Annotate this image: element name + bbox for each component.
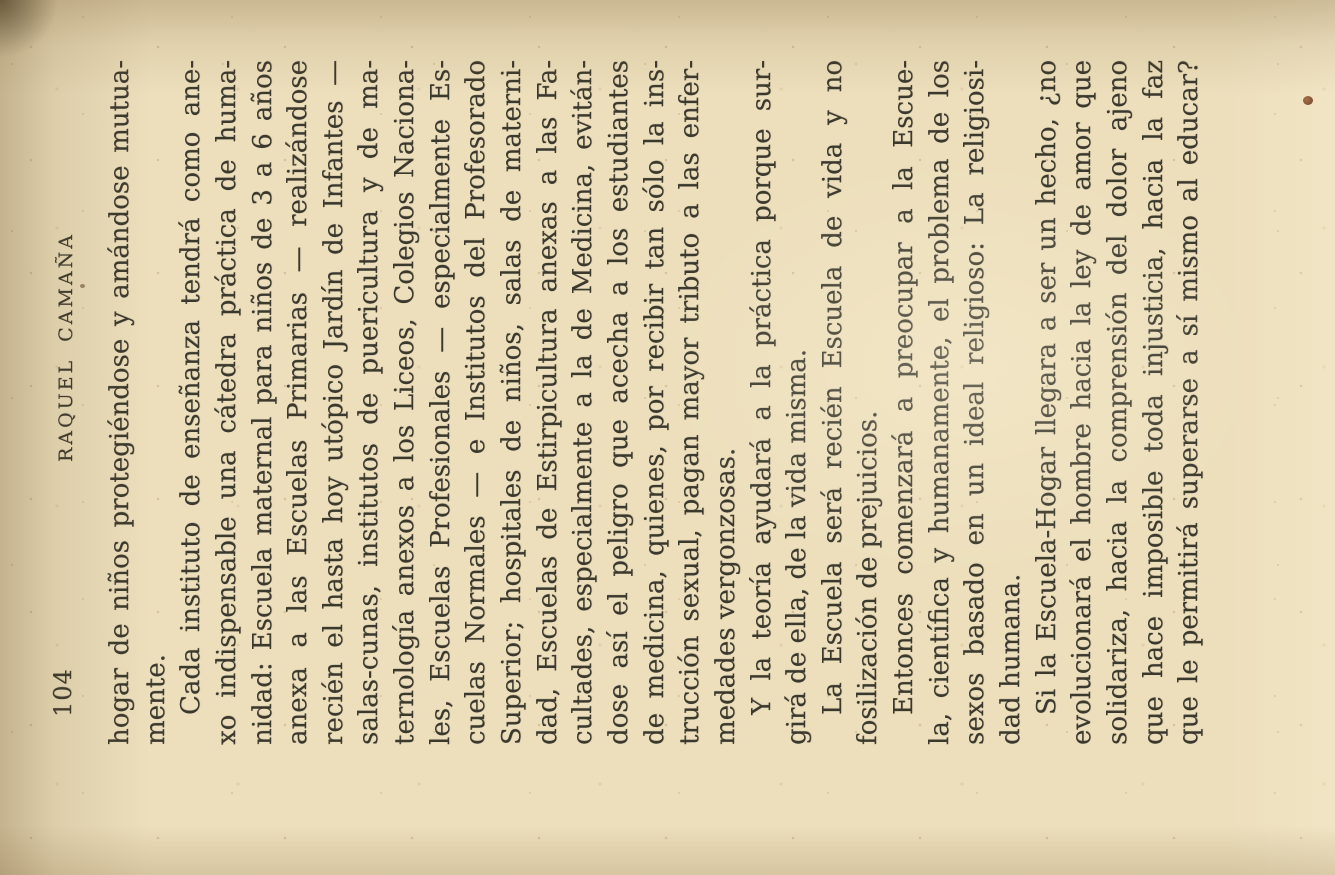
text-line: hogar de niños protegiéndose y amándose …: [103, 60, 139, 745]
text-line: de medicina, quienes, por recibir tan só…: [638, 60, 674, 745]
scanned-book-page: 104 RAQUEL CAMAÑA hogar de niños protegi…: [0, 0, 1335, 875]
text-line: cultades, especialmente a la de Medicina…: [566, 60, 602, 745]
text-line: evolucionará el hombre hacia la ley de a…: [1065, 60, 1101, 745]
text-line: La Escuela será recién Escuela de vida y…: [816, 60, 852, 745]
text-line: anexa a las Escuelas Primarias — realizá…: [281, 60, 317, 745]
text-line: Cada instituto de enseñanza tendrá como …: [174, 60, 210, 745]
text-line: salas-cunas, institutos de puericultura …: [352, 60, 388, 745]
text-line: Superior; hospitales de niños, salas de …: [495, 60, 531, 745]
text-line: Si la Escuela-Hogar llegara a ser un hec…: [1030, 60, 1066, 745]
text-line: dose así el peligro que acecha a los est…: [602, 60, 638, 745]
text-line: girá de ella, de la vida misma.: [780, 60, 816, 745]
text-line: Entonces comenzará a preocupar a la Escu…: [887, 60, 923, 745]
text-line: cuelas Normales — e Institutos del Profe…: [459, 60, 495, 745]
text-line: la, científica y humanamente, el problem…: [923, 60, 959, 745]
text-line: nidad: Escuela maternal para niños de 3 …: [246, 60, 282, 745]
text-line: solidariza, hacia la comprensión del dol…: [1101, 60, 1137, 745]
text-line: que le permitirá superarse a sí mismo al…: [1172, 60, 1208, 745]
text-line: Y la teoría ayudará a la práctica porque…: [745, 60, 781, 745]
text-line: trucción sexual, pagan mayor tributo a l…: [673, 60, 709, 745]
text-line: xo indispensable una cátedra práctica de…: [210, 60, 246, 745]
text-line: sexos basado en un ideal religioso: La r…: [958, 60, 994, 745]
page-number: 104: [50, 668, 76, 717]
running-head: RAQUEL CAMAÑA: [55, 232, 77, 462]
text-line: que hace imposible toda injusticia, haci…: [1137, 60, 1173, 745]
text-line: dad, Escuelas de Estirpicultura anexas a…: [531, 60, 567, 745]
text-line: recién el hasta hoy utópico Jardín de In…: [317, 60, 353, 745]
page-sheet: 104 RAQUEL CAMAÑA hogar de niños protegi…: [0, 0, 1335, 875]
text-line: fosilización de prejuicios.: [851, 60, 887, 745]
text-line: medades vergonzosas.: [709, 60, 745, 745]
text-line: dad humana.: [994, 60, 1030, 745]
text-line: les, Escuelas Profesionales — especialme…: [424, 60, 460, 745]
text-line: mente.: [139, 60, 175, 745]
page-text: hogar de niños protegiéndose y amándose …: [103, 60, 1208, 745]
text-line: ternología anexos a los Liceos, Colegios…: [388, 60, 424, 745]
